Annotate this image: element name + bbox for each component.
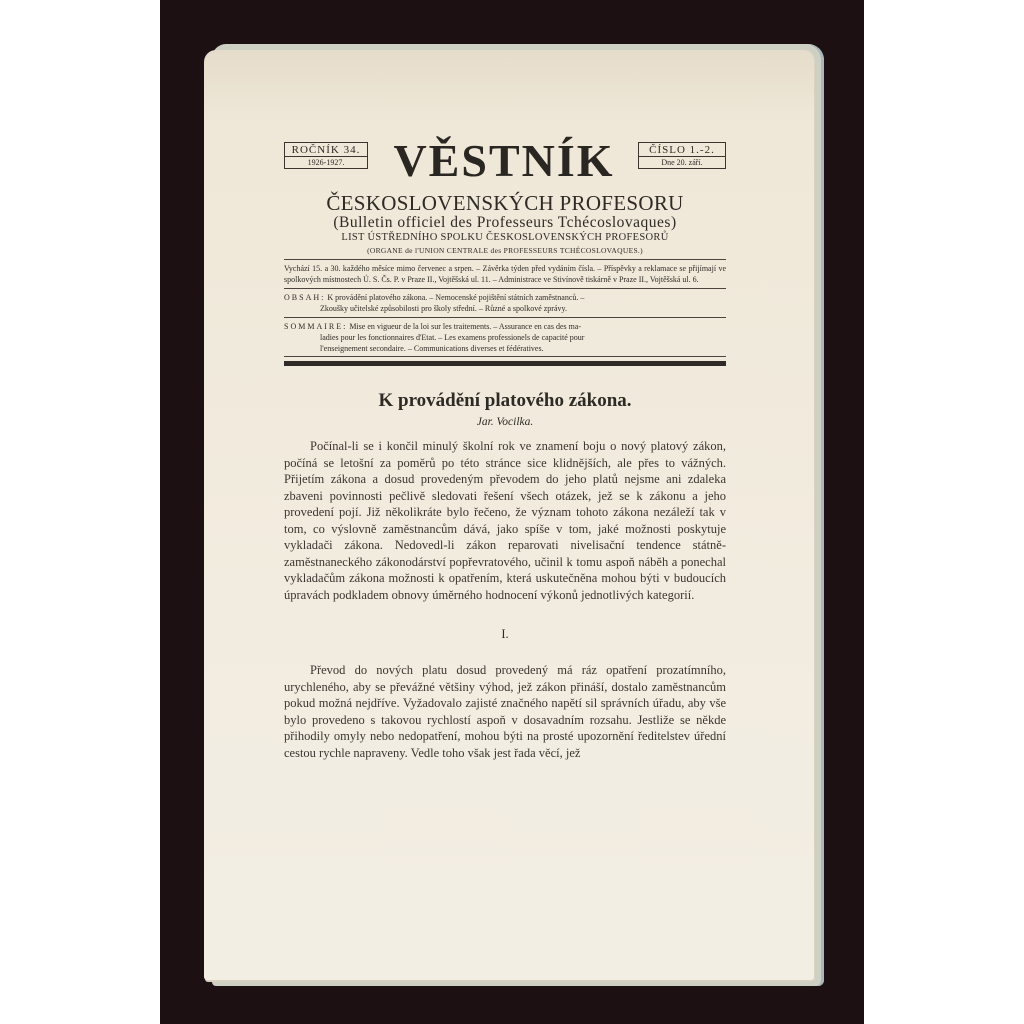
article-paragraph: Převod do nových platu dosud provedený m… xyxy=(284,662,726,761)
contents-line: K provádění platového zákona. – Nemocens… xyxy=(327,293,584,302)
organization-line: LIST ÚSTŘEDNÍHO SPOLKU ČESKOSLOVENSKÝCH … xyxy=(284,231,726,245)
volume-label: ROČNÍK 34. xyxy=(285,143,367,157)
sommaire-line: l'enseignement secondaire. – Communicati… xyxy=(284,343,726,354)
contents-label: OBSAH: xyxy=(284,293,325,302)
volume-years: 1926-1927. xyxy=(285,157,367,168)
volume-box: ROČNÍK 34. 1926-1927. xyxy=(284,142,368,169)
publication-subtitle: ČESKOSLOVENSKÝCH PROFESORU xyxy=(284,192,726,214)
divider xyxy=(284,317,726,318)
sommaire-line: ladies pour les fonctionnaires d'Etat. –… xyxy=(284,332,726,343)
issue-label: ČÍSLO 1.-2. xyxy=(639,143,725,157)
divider xyxy=(284,259,726,260)
section-number: I. xyxy=(284,627,726,642)
publication-info: Vychází 15. a 30. každého měsíce mimo če… xyxy=(284,263,726,285)
contents-section: OBSAH: K provádění platového zákona. – N… xyxy=(284,292,726,314)
heavy-divider xyxy=(284,361,726,366)
organization-line-french: (ORGANE de l'UNION CENTRALE des PROFESSE… xyxy=(284,245,726,256)
divider xyxy=(284,288,726,289)
sommaire-section: SOMMAIRE: Mise en vigueur de la loi sur … xyxy=(284,321,726,354)
masthead: ROČNÍK 34. 1926-1927. VĚSTNÍK ČÍSLO 1.-2… xyxy=(284,140,726,192)
publication-subtitle-french: (Bulletin officiel des Professeurs Tchéc… xyxy=(284,214,726,231)
issue-date: Dne 20. září. xyxy=(639,157,725,168)
sommaire-line: Mise en vigueur de la loi sur les traite… xyxy=(349,322,581,331)
document-content: ROČNÍK 34. 1926-1927. VĚSTNÍK ČÍSLO 1.-2… xyxy=(284,140,726,761)
contents-line: Zkoušky učitelské způsobilosti pro školy… xyxy=(284,303,726,314)
issue-box: ČÍSLO 1.-2. Dne 20. září. xyxy=(638,142,726,169)
article-title: K provádění platového zákona. xyxy=(284,390,726,412)
sommaire-label: SOMMAIRE: xyxy=(284,322,347,331)
divider xyxy=(284,356,726,357)
article-paragraph: Počínal-li se i končil minulý školní rok… xyxy=(284,438,726,603)
publication-title: VĚSTNÍK xyxy=(389,134,619,187)
article-author: Jar. Vocilka. xyxy=(284,416,726,428)
